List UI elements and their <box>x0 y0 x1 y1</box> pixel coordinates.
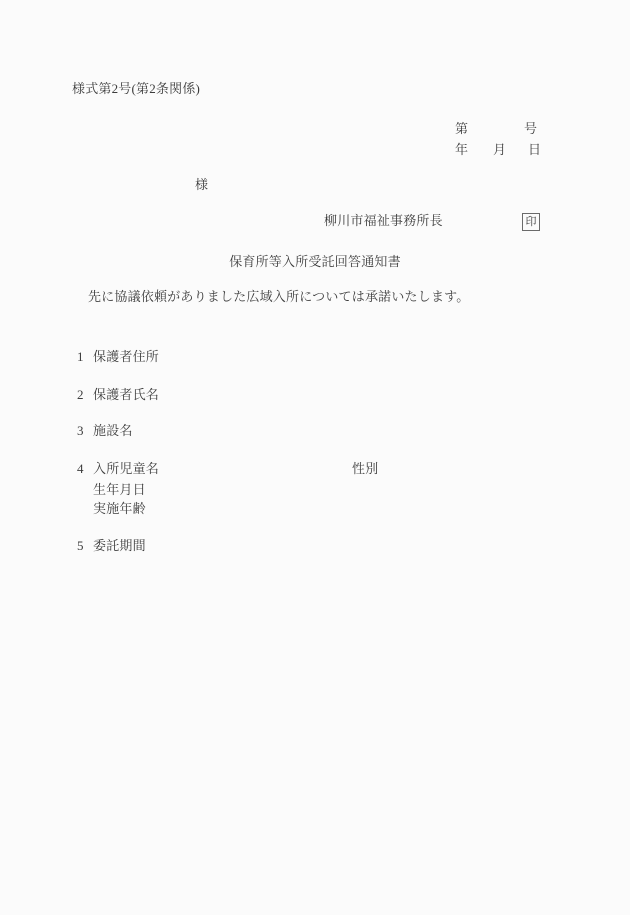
doc-number-suffix: 号 <box>524 121 537 136</box>
item-4-sublabel-age: 実施年齢 <box>93 501 146 516</box>
item-1-label: 保護者住所 <box>93 349 159 364</box>
doc-number-prefix: 第 <box>455 121 468 136</box>
addressee-honorific: 様 <box>195 177 208 192</box>
item-3-number: 3 <box>77 423 84 438</box>
item-5-label: 委託期間 <box>93 538 146 553</box>
item-4-number: 4 <box>77 461 84 476</box>
sender-title: 柳川市福祉事務所長 <box>324 213 443 228</box>
form-number: 様式第2号(第2条関係) <box>72 81 200 96</box>
date-month-label: 月 <box>493 142 506 157</box>
seal-mark: 印 <box>522 213 540 231</box>
date-day-label: 日 <box>528 142 541 157</box>
item-4-gender-label: 性別 <box>352 461 378 476</box>
item-2-label: 保護者氏名 <box>93 387 159 402</box>
date-year-label: 年 <box>455 142 468 157</box>
item-2-number: 2 <box>77 387 84 402</box>
item-1-number: 1 <box>77 349 84 364</box>
document-page: 様式第2号(第2条関係) 第 号 年 月 日 様 柳川市福祉事務所長 印 保育所… <box>0 0 630 915</box>
item-5-number: 5 <box>77 538 84 553</box>
item-3-label: 施設名 <box>93 423 133 438</box>
item-4-sublabel-birthdate: 生年月日 <box>93 482 146 497</box>
item-4-label: 入所児童名 <box>93 461 159 476</box>
document-title: 保育所等入所受託回答通知書 <box>0 254 630 269</box>
body-text: 先に協議依頼がありました広域入所については承諾いたします。 <box>88 289 470 304</box>
